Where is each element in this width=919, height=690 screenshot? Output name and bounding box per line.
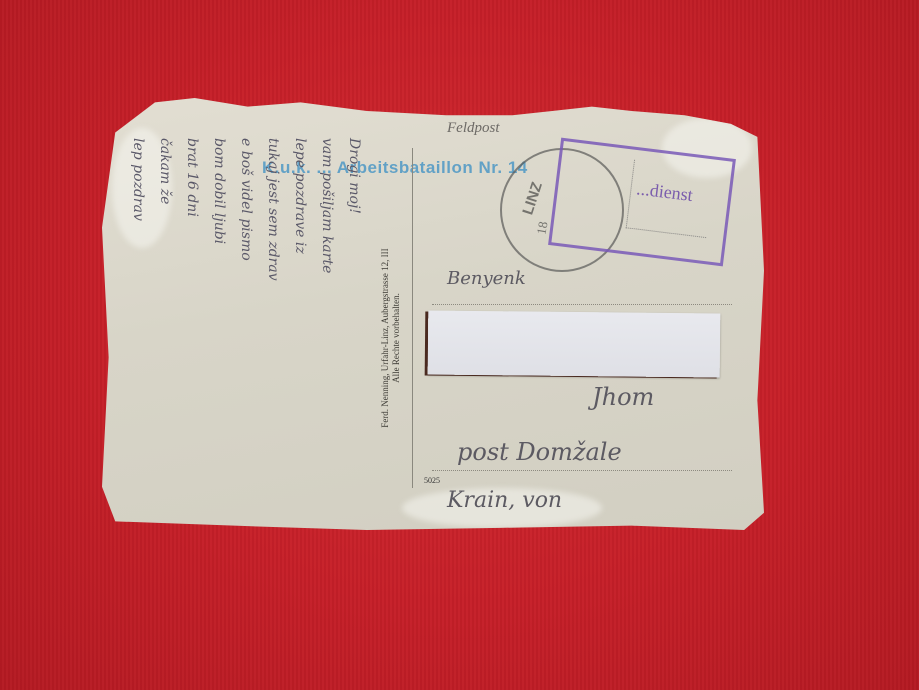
top-note: Feldpost	[447, 120, 500, 137]
message-line: vam pošiljam karte	[313, 138, 340, 458]
address-line-3: post Domžale	[457, 438, 622, 466]
publisher-line1: Ferd. Nenning, Urfahr-Linz, Aubergstrass…	[380, 208, 391, 468]
address-rule	[432, 304, 732, 305]
handwritten-message: Drogi moj! vam pošiljam karte lepe pozdr…	[77, 138, 367, 458]
message-line: lepe pozdrave iz	[286, 138, 313, 458]
message-line: čakam že	[151, 138, 178, 458]
address-rule	[432, 470, 732, 471]
postmark-city: LINZ	[519, 180, 545, 217]
message-line: Drogi moj!	[340, 138, 367, 458]
message-line: lep pozdrav	[124, 138, 151, 458]
print-code: 5025	[424, 476, 440, 485]
censor-stamp: ...dienst	[548, 138, 736, 267]
message-line: bom dobil ljubi	[205, 138, 232, 458]
address-line-4: Krain, von	[447, 488, 562, 513]
publisher-imprint: Ferd. Nenning, Urfahr-Linz, Aubergstrass…	[380, 468, 640, 490]
center-divider	[412, 148, 413, 488]
message-line: e boš videl pismo	[232, 138, 259, 458]
address-line-1: Benyenk	[447, 268, 526, 289]
message-line: brat 16 dni	[178, 138, 205, 458]
redaction-strip	[428, 310, 721, 377]
message-line: tukaj jest sem zdrav	[259, 138, 286, 458]
address-line-2: Jhom	[592, 383, 654, 411]
publisher-line2: Alle Rechte vorbehalten.	[391, 208, 402, 468]
